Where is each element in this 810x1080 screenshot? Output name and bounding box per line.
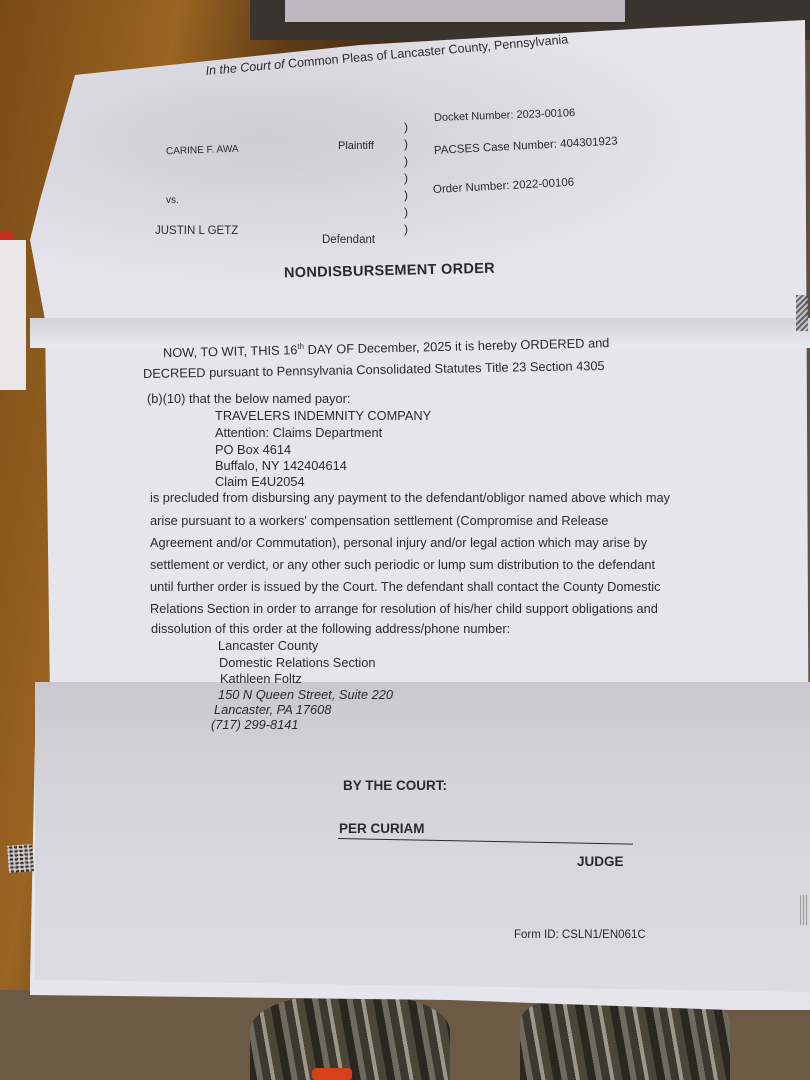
caption-bracket: ) bbox=[404, 137, 408, 151]
versus-label: vs. bbox=[166, 195, 179, 206]
contact-county: Lancaster County bbox=[218, 638, 318, 653]
opening-line-3: (b)(10) that the below named payor: bbox=[147, 391, 350, 406]
contact-section: Domestic Relations Section bbox=[219, 655, 375, 670]
caption-bracket: ) bbox=[404, 171, 408, 185]
plaintiff-label: Plaintiff bbox=[338, 140, 374, 152]
background-object bbox=[0, 240, 26, 390]
background-object bbox=[285, 0, 625, 22]
payor-name: TRAVELERS INDEMNITY COMPANY bbox=[215, 408, 431, 423]
payor-claim: Claim E4U2054 bbox=[215, 474, 305, 489]
body-line: arise pursuant to a workers' compensatio… bbox=[150, 513, 608, 528]
body-line: dissolution of this order at the followi… bbox=[151, 621, 510, 636]
barcode-overlay bbox=[7, 844, 34, 873]
body-line: settlement or verdict, or any other such… bbox=[150, 557, 655, 572]
caption-bracket: ) bbox=[404, 154, 408, 168]
per-curiam-label: PER CURIAM bbox=[339, 821, 425, 836]
caption-bracket: ) bbox=[404, 222, 408, 236]
caption-bracket: ) bbox=[404, 205, 408, 219]
body-line: Agreement and/or Commutation), personal … bbox=[150, 535, 647, 550]
judge-label: JUDGE bbox=[577, 854, 624, 869]
contact-phone: (717) 299-8141 bbox=[211, 717, 299, 732]
caption-bracket: ) bbox=[404, 188, 408, 202]
payor-attention: Attention: Claims Department bbox=[215, 425, 382, 440]
contact-street: 150 N Queen Street, Suite 220 bbox=[218, 687, 393, 702]
contact-person: Kathleen Foltz bbox=[220, 671, 302, 686]
payor-city: Buffalo, NY 142404614 bbox=[215, 458, 347, 473]
contact-city: Lancaster, PA 17608 bbox=[214, 702, 331, 717]
defendant-label: Defendant bbox=[322, 234, 375, 246]
tape-fragment bbox=[796, 295, 808, 331]
caption-bracket: ) bbox=[404, 120, 408, 134]
by-the-court-label: BY THE COURT: bbox=[343, 778, 447, 793]
body-line: is precluded from disbursing any payment… bbox=[150, 490, 670, 505]
payor-po-box: PO Box 4614 bbox=[215, 442, 291, 457]
defendant-name: JUSTIN L GETZ bbox=[155, 225, 238, 237]
form-id: Form ID: CSLN1/EN061C bbox=[514, 929, 646, 941]
body-line: until further order is issued by the Cou… bbox=[150, 579, 661, 594]
paper-fold-shadow bbox=[35, 682, 810, 992]
body-line: Relations Section in order to arrange fo… bbox=[150, 601, 658, 616]
camouflage-fabric bbox=[250, 995, 450, 1080]
tape-fragment bbox=[800, 895, 808, 925]
background-object bbox=[312, 1068, 352, 1080]
